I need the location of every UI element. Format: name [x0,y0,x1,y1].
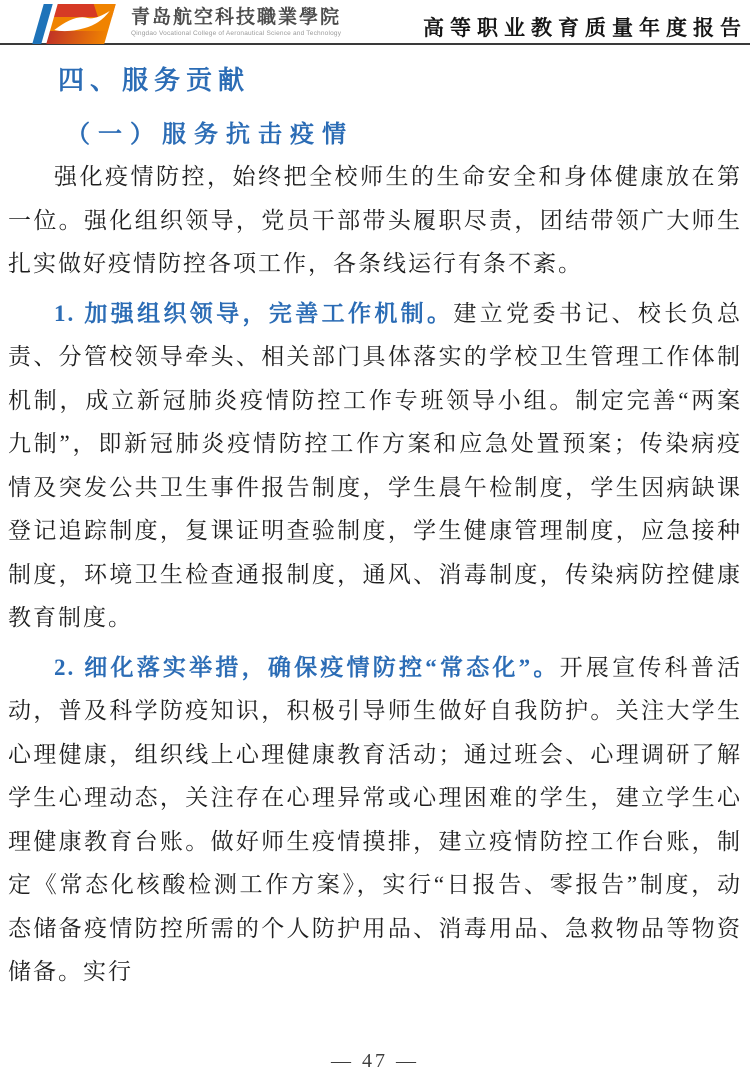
paragraph-1-text: 强化疫情防控，始终把全校师生的生命安全和身体健康放在第一位。强化组织领导，党员干… [8,164,742,276]
college-name-english: Qingdao Vocational College of Aeronautic… [131,30,341,37]
paragraph-1: 强化疫情防控，始终把全校师生的生命安全和身体健康放在第一位。强化组织领导，党员干… [8,155,742,286]
report-title: 高等职业教育质量年度报告 [423,18,747,43]
college-name: 青岛航空科技職業學院 [131,7,341,29]
paragraph-3-lead: 2. 细化落实举措，确保疫情防控“常态化”。 [54,655,560,680]
college-name-block: 青岛航空科技職業學院 Qingdao Vocational College of… [131,7,341,37]
page-content: 四、服务贡献 （一）服务抗击疫情 强化疫情防控，始终把全校师生的生命安全和身体健… [8,45,742,994]
page-header: 青岛航空科技職業學院 Qingdao Vocational College of… [0,0,750,45]
page-footer: — 47 — [0,1050,750,1073]
college-logo-graphic [30,3,122,45]
paragraph-3: 2. 细化落实举措，确保疫情防控“常态化”。开展宣传科普活动，普及科学防疫知识，… [8,646,742,994]
paragraph-2-lead: 1. 加强组织领导，完善工作机制。 [54,301,453,326]
section-heading: 四、服务贡献 [58,60,742,97]
page-number: — 47 — [331,1050,419,1072]
paragraph-2-text: 建立党委书记、校长负总责、分管校领导牵头、相关部门具体落实的学校卫生管理工作体制… [8,301,742,631]
paragraph-2: 1. 加强组织领导，完善工作机制。建立党委书记、校长负总责、分管校领导牵头、相关… [8,292,742,640]
college-logo [30,3,122,50]
logo-stripe-bottom [46,31,108,44]
paragraph-3-text: 开展宣传科普活动，普及科学防疫知识，积极引导师生做好自我防护。关注大学生心理健康… [8,655,742,985]
subsection-heading: （一）服务抗击疫情 [66,114,742,149]
document-page: 青岛航空科技職業學院 Qingdao Vocational College of… [0,0,750,1081]
